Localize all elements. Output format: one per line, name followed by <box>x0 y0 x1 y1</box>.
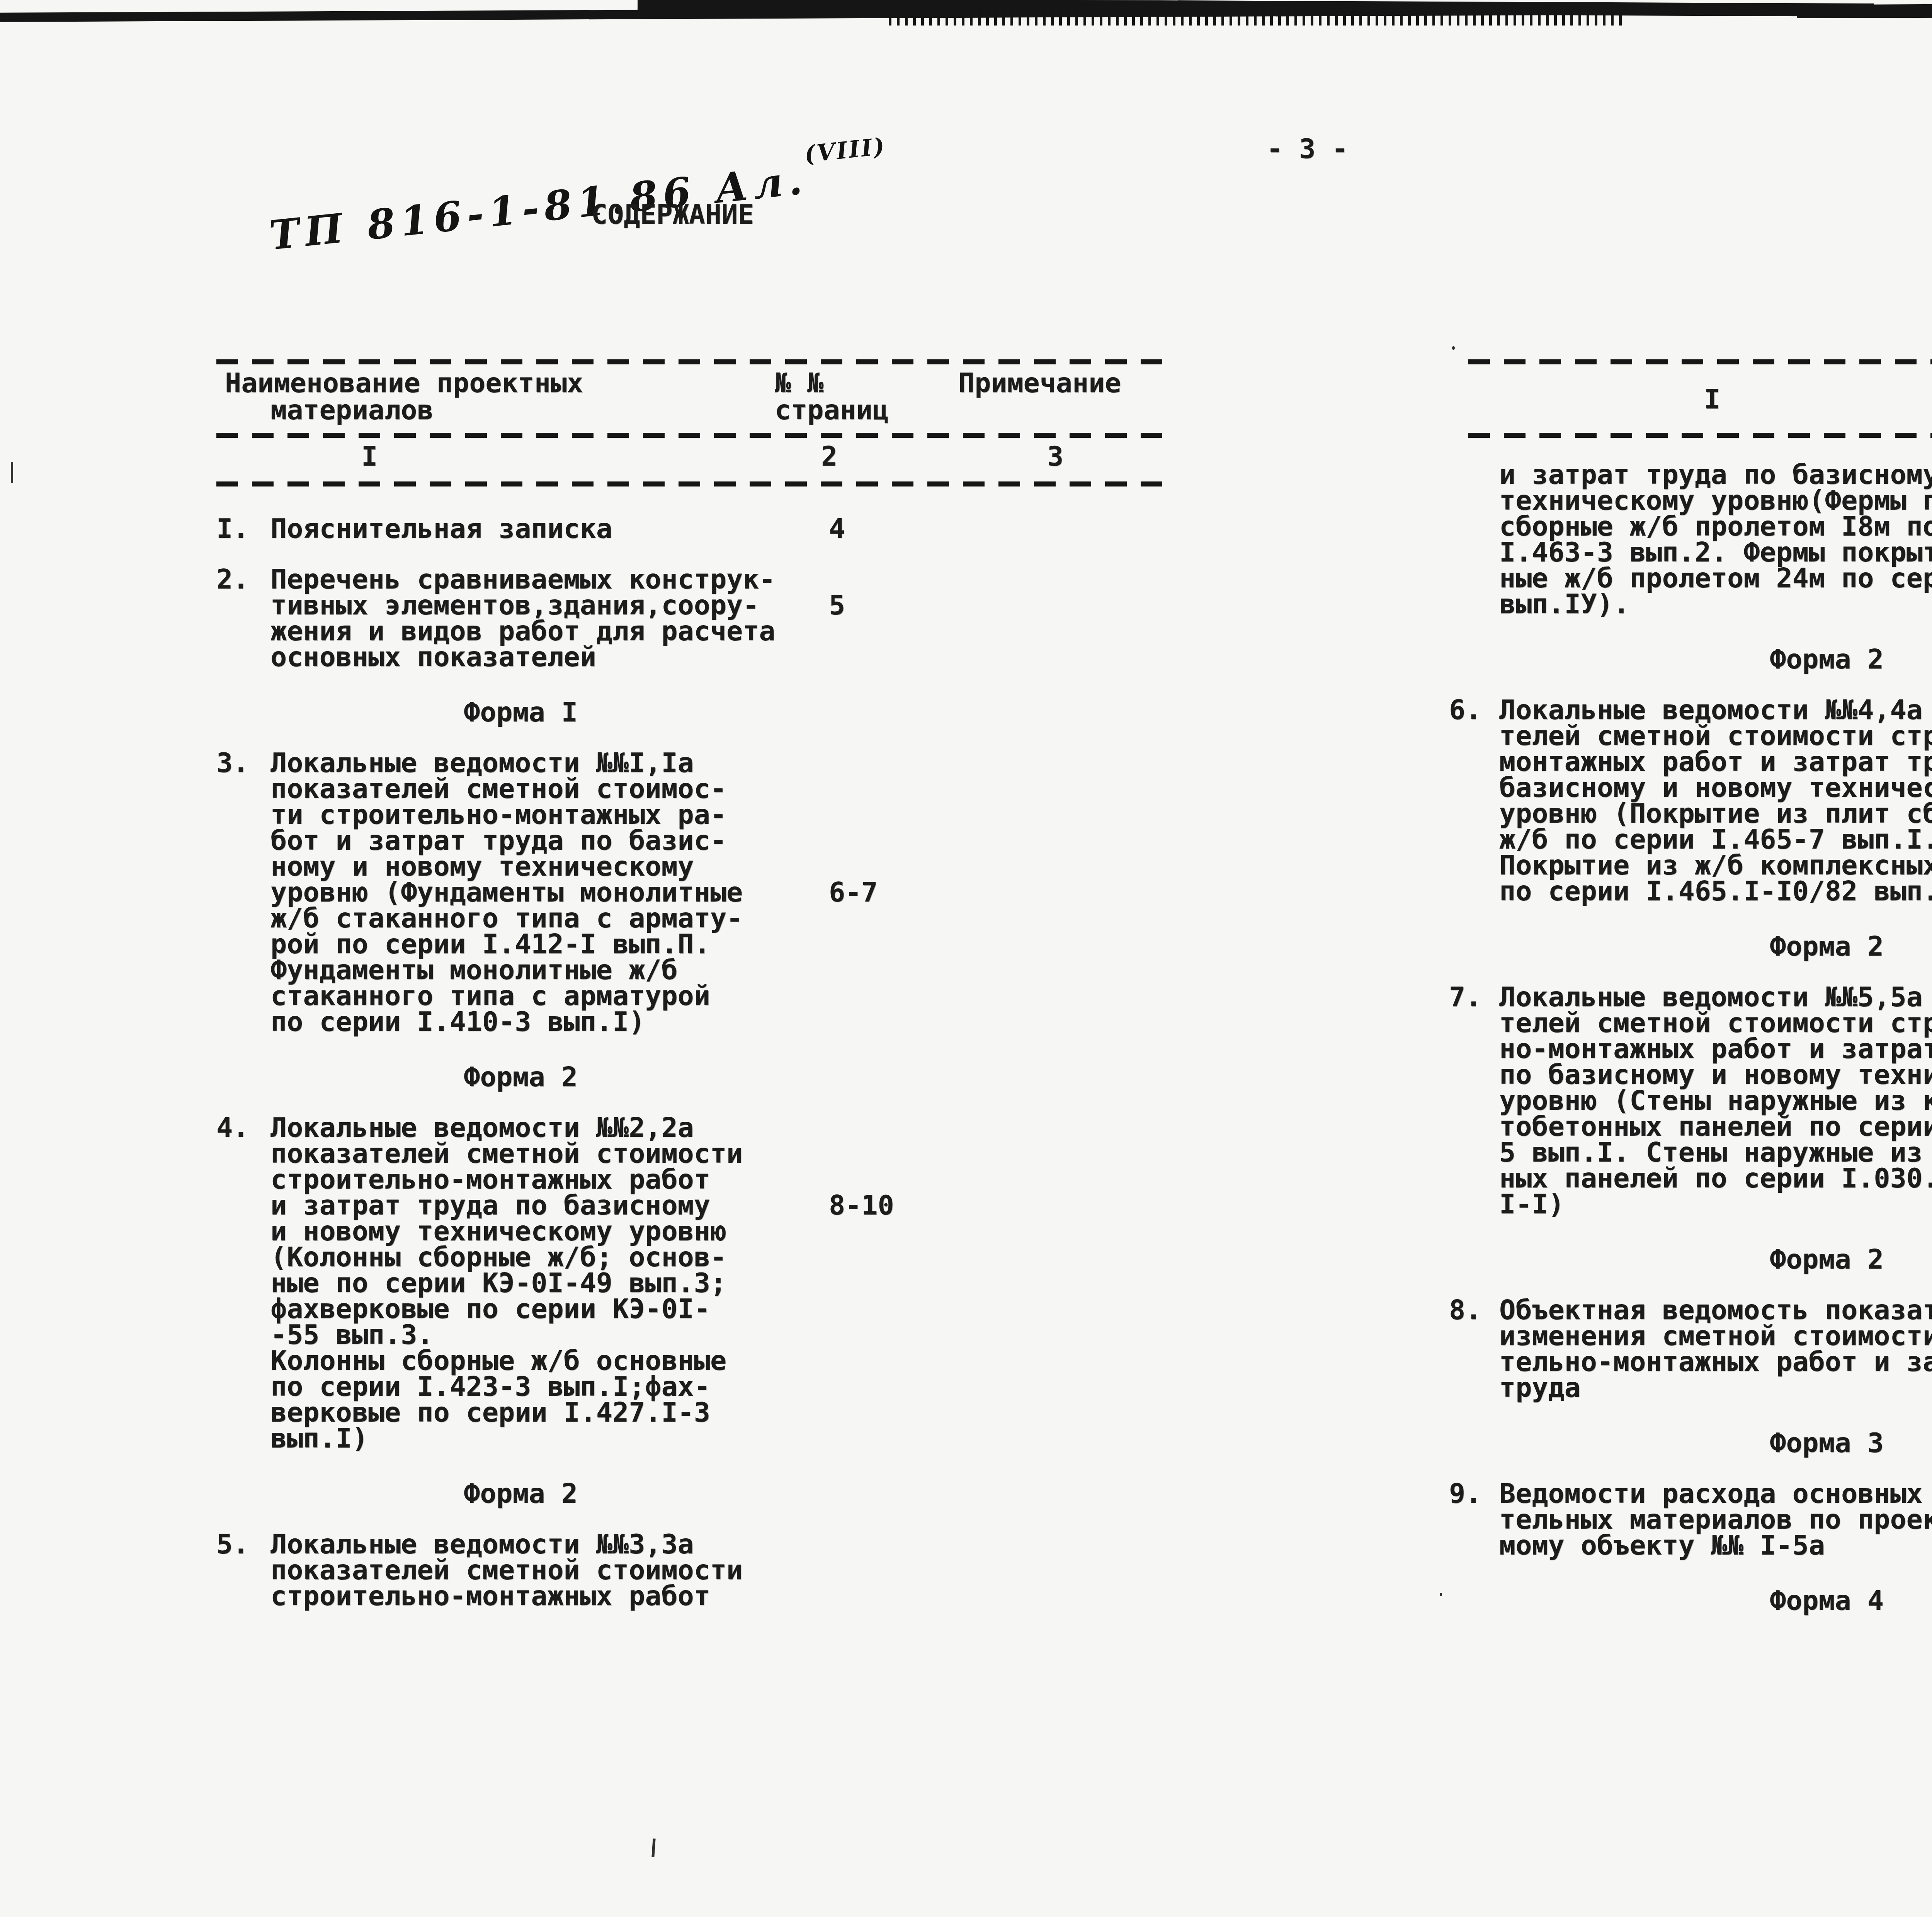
entry-line: Локальные ведомости №№2,2а <box>270 1115 1175 1141</box>
entry-line: уровню (Стены наружные из керамзи- <box>1499 1088 1932 1114</box>
entry-line: и новому техническому уровню <box>270 1218 1175 1244</box>
form-label: Форма I <box>464 699 1175 725</box>
entry-line: по серии I.465.I-I0/82 вып.I) <box>1499 878 1932 904</box>
toc-entry: I.Пояснительная записка4 <box>216 516 1175 542</box>
toc-entry: 8.Объектная ведомость показателейизменен… <box>1449 1297 1932 1401</box>
form-label: Форма 2 <box>1770 934 1932 959</box>
form-label: Форма 2 <box>464 1064 1175 1090</box>
form-label: Форма 4 <box>1770 1588 1932 1614</box>
speck <box>11 462 13 483</box>
entry-line: телей сметной стоимости строитель- <box>1499 1010 1932 1036</box>
col-header-name-2: материалов <box>270 397 433 423</box>
entry-line: Локальные ведомости №№I,Iа <box>270 750 1175 776</box>
entry-line: показателей сметной стоимос- <box>270 776 1175 802</box>
scanned-toc-page: { "colors": { "ink": "#1c1c1c", "paper":… <box>0 0 1932 1917</box>
entry-line: ному и новому техническому <box>270 854 1175 879</box>
entry-line: основных показателей <box>270 644 1175 670</box>
entry-line: ж/б по серии I.465-7 вып.I.2. <box>1499 827 1932 852</box>
entry-line: тобетонных панелей по серии I.432- <box>1499 1114 1932 1140</box>
entry-line: строительно-монтажных работ <box>270 1167 1175 1192</box>
entry-line: стаканного типа с арматурой <box>270 983 1175 1009</box>
table-rule <box>216 433 1171 438</box>
entry-line: Колонны сборные ж/б основные <box>270 1348 1175 1374</box>
entry-line: строительно-монтажных работ <box>270 1583 1175 1609</box>
entry-line: ные ж/б пролетом 24м по серии I.463-3 <box>1499 565 1932 591</box>
entry-line: телей сметной стоимости строительно- <box>1499 723 1932 749</box>
entry-line: мому объекту №№ I-5а <box>1499 1533 1932 1558</box>
entry-line: уровню (Фундаменты монолитные <box>270 879 1175 905</box>
entry-line: ных панелей по серии I.030.I-I вып. <box>1499 1165 1932 1191</box>
col-header-note: Примечание <box>958 370 1121 396</box>
left-col-num-2: 2 <box>821 444 837 469</box>
entry-number: 9. <box>1449 1481 1481 1507</box>
entry-line: показателей сметной стоимости <box>270 1141 1175 1167</box>
entry-line: верковые по серии I.427.I-3 <box>270 1400 1175 1425</box>
scan-noise-spikes <box>889 12 1623 26</box>
entry-line: (Колонны сборные ж/б; основ- <box>270 1244 1175 1270</box>
form-label: Форма 2 <box>464 1481 1175 1507</box>
form-label: Форма 2 <box>1770 646 1932 672</box>
entry-line: Пояснительная записка <box>270 516 1175 542</box>
toc-entry: 6.Локальные ведомости №№4,4а показа-теле… <box>1449 697 1932 904</box>
left-col-num-1: I <box>361 444 378 469</box>
table-rule <box>216 481 1171 486</box>
entry-pages: 5 <box>829 592 845 618</box>
page-number: - 3 - <box>1267 136 1348 162</box>
entry-text: Пояснительная записка <box>270 516 1175 542</box>
toc-entry: 3.Локальные ведомости №№I,Iапоказателей … <box>216 750 1175 1035</box>
entry-text: Перечень сравниваемых конструк-тивных эл… <box>270 566 1175 670</box>
form-label: Форма 2 <box>1770 1247 1932 1272</box>
entry-number: I. <box>216 516 249 542</box>
entry-line: сборные ж/б пролетом I8м по серии <box>1499 514 1932 539</box>
entry-number: 2. <box>216 566 249 592</box>
entry-line: тельных материалов по проектируе- <box>1499 1507 1932 1533</box>
entry-text: Локальные ведомости №№3,3апоказателей см… <box>270 1531 1175 1609</box>
toc-column-left: I.Пояснительная записка42.Перечень сравн… <box>216 491 1175 1609</box>
toc-entry: и затрат труда по базисному и новомутехн… <box>1449 462 1932 617</box>
entry-text: Локальные ведомости №№5,5а показа-телей … <box>1499 984 1932 1217</box>
entry-number: 4. <box>216 1115 249 1141</box>
entry-line: жения и видов работ для расчета <box>270 618 1175 644</box>
page-title: СОДЕРЖАНИЕ <box>591 202 754 228</box>
entry-line: Локальные ведомости №№5,5а показа- <box>1499 984 1932 1010</box>
doc-code-superscript: (VIII) <box>803 133 888 168</box>
entry-line: по серии I.423-3 вып.I;фах- <box>270 1374 1175 1400</box>
entry-line: Фундаменты монолитные ж/б <box>270 957 1175 983</box>
entry-line: 5 вып.I. Стены наружные из однослой- <box>1499 1140 1932 1165</box>
entry-number: 6. <box>1449 697 1481 723</box>
toc-entry: 7.Локальные ведомости №№5,5а показа-теле… <box>1449 984 1932 1217</box>
entry-line: базисному и новому техническому <box>1499 775 1932 801</box>
entry-line: но-монтажных работ и затрат труда <box>1499 1036 1932 1062</box>
entry-line: тивных элементов,здания,соору- <box>270 592 1175 618</box>
entry-line: изменения сметной стоимости строи- <box>1499 1323 1932 1349</box>
table-rule <box>216 359 1171 364</box>
entry-line: и затрат труда по базисному и новому <box>1499 462 1932 488</box>
entry-line: по базисному и новому техническому <box>1499 1062 1932 1088</box>
entry-line: ные по серии КЭ-0I-49 вып.3; <box>270 1270 1175 1296</box>
entry-pages: 4 <box>829 516 845 542</box>
entry-line: тельно-монтажных работ и затрат <box>1499 1349 1932 1375</box>
entry-pages: 6-7 <box>829 879 878 905</box>
entry-text: Объектная ведомость показателейизменения… <box>1499 1297 1932 1401</box>
entry-line: показателей сметной стоимости <box>270 1557 1175 1583</box>
entry-line: бот и затрат труда по базис- <box>270 828 1175 854</box>
entry-line: I.463-3 вып.2. Фермы покрытия сбор- <box>1499 539 1932 565</box>
entry-text: и затрат труда по базисному и новомутехн… <box>1499 462 1932 617</box>
entry-line: уровню (Покрытие из плит сборных <box>1499 801 1932 827</box>
col-header-name-1: Наименование проектных <box>225 370 583 396</box>
speck <box>1440 1593 1442 1596</box>
right-col-num-1: I <box>1704 386 1720 412</box>
entry-line: по серии I.410-3 вып.I) <box>270 1009 1175 1035</box>
entry-line: вып.I) <box>270 1425 1175 1451</box>
entry-text: Ведомости расхода основных строи-тельных… <box>1499 1481 1932 1558</box>
entry-line: рой по серии I.412-I вып.П. <box>270 931 1175 957</box>
entry-text: Локальные ведомости №№4,4а показа-телей … <box>1499 697 1932 904</box>
speck <box>651 1839 655 1857</box>
entry-pages: 8-10 <box>829 1192 894 1218</box>
entry-line: вып.IУ). <box>1499 591 1932 617</box>
toc-entry: 2.Перечень сравниваемых конструк-тивных … <box>216 566 1175 670</box>
entry-line: ж/б стаканного типа с армату- <box>270 905 1175 931</box>
doc-code-handwritten: ТП 816-1-81.86 Ал.(VIII) <box>222 85 891 263</box>
form-label: Форма 3 <box>1770 1430 1932 1456</box>
entry-line: Покрытие из ж/б комплексных плит <box>1499 852 1932 878</box>
entry-number: 8. <box>1449 1297 1481 1323</box>
toc-entry: 9.Ведомости расхода основных строи-тельн… <box>1449 1481 1932 1558</box>
entry-line: фахверковые по серии КЭ-0I- <box>270 1296 1175 1322</box>
left-col-num-3: 3 <box>1047 444 1063 469</box>
entry-number: 7. <box>1449 984 1481 1010</box>
entry-text: Локальные ведомости №№2,2апоказателей см… <box>270 1115 1175 1451</box>
entry-line: Перечень сравниваемых конструк- <box>270 566 1175 592</box>
entry-number: 5. <box>216 1531 249 1557</box>
entry-line: I-I) <box>1499 1191 1932 1217</box>
speck <box>1452 346 1455 350</box>
entry-line: и затрат труда по базисному <box>270 1192 1175 1218</box>
entry-line: техническому уровню(Фермы покрытия <box>1499 488 1932 514</box>
entry-line: ти строительно-монтажных ра- <box>270 802 1175 828</box>
entry-line: Локальные ведомости №№3,3а <box>270 1531 1175 1557</box>
toc-entry: 5.Локальные ведомости №№3,3апоказателей … <box>216 1531 1175 1609</box>
entry-line: труда <box>1499 1375 1932 1401</box>
toc-column-right: и затрат труда по базисному и новомутехн… <box>1449 437 1932 1614</box>
entry-line: Ведомости расхода основных строи- <box>1499 1481 1932 1507</box>
col-header-pages-2: страниц <box>775 397 889 423</box>
entry-line: монтажных работ и затрат труда по <box>1499 749 1932 775</box>
col-header-pages-1: № № <box>775 370 823 396</box>
entry-line: Объектная ведомость показателей <box>1499 1297 1932 1323</box>
table-rule <box>1468 359 1932 364</box>
entry-number: 3. <box>216 750 249 776</box>
entry-line: Локальные ведомости №№4,4а показа- <box>1499 697 1932 723</box>
entry-line: -55 вып.3. <box>270 1322 1175 1348</box>
toc-entry: 4.Локальные ведомости №№2,2апоказателей … <box>216 1115 1175 1451</box>
entry-text: Локальные ведомости №№I,Iапоказателей см… <box>270 750 1175 1035</box>
